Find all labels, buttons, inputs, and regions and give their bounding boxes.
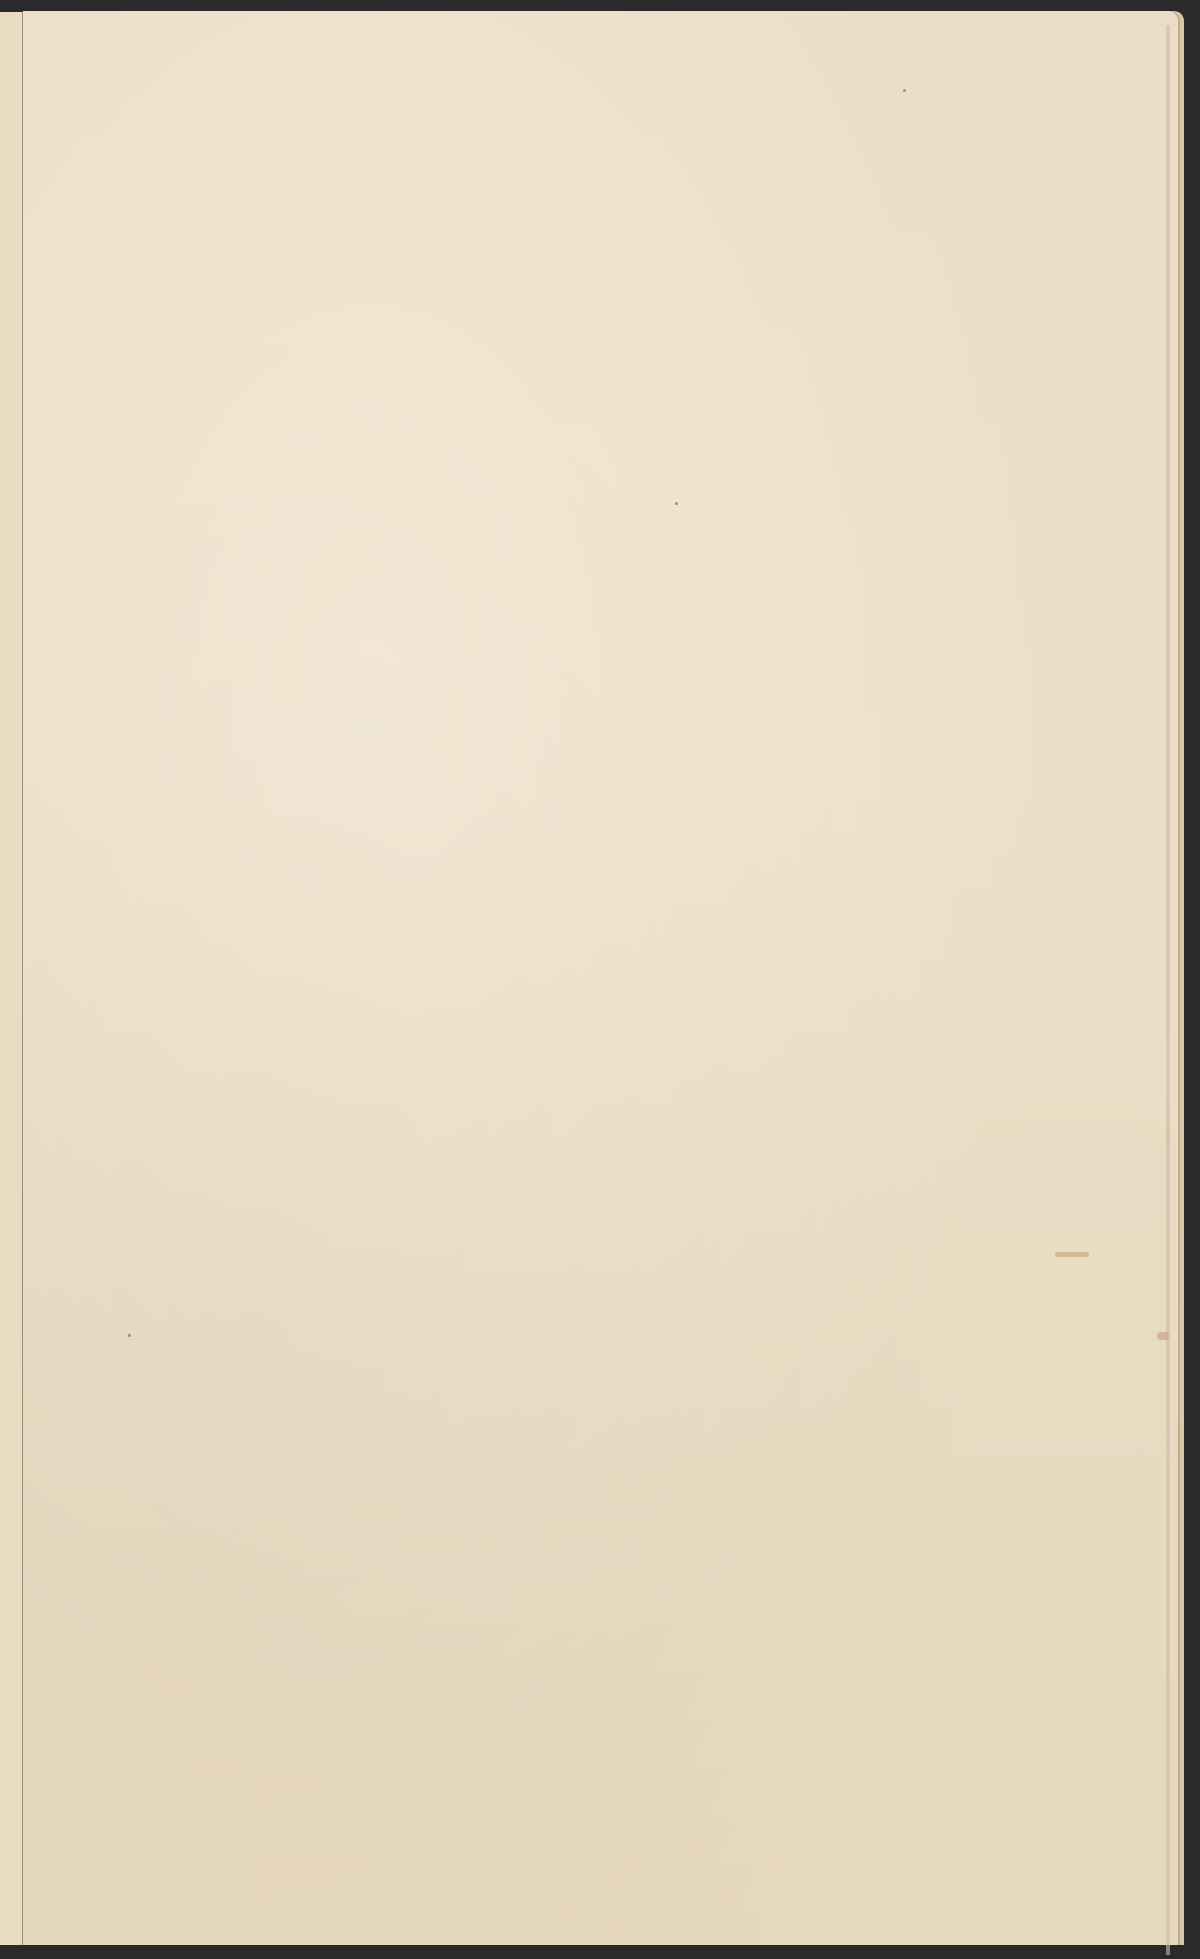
page-fore-edge — [1166, 25, 1170, 1955]
paper-stain — [1157, 1332, 1169, 1340]
blank-book-page — [23, 11, 1184, 1945]
paper-stain — [1055, 1252, 1089, 1257]
previous-page-edge — [0, 12, 24, 1945]
paper-speck — [903, 89, 906, 92]
paper-speck — [128, 1334, 131, 1337]
paper-speck — [675, 502, 678, 505]
